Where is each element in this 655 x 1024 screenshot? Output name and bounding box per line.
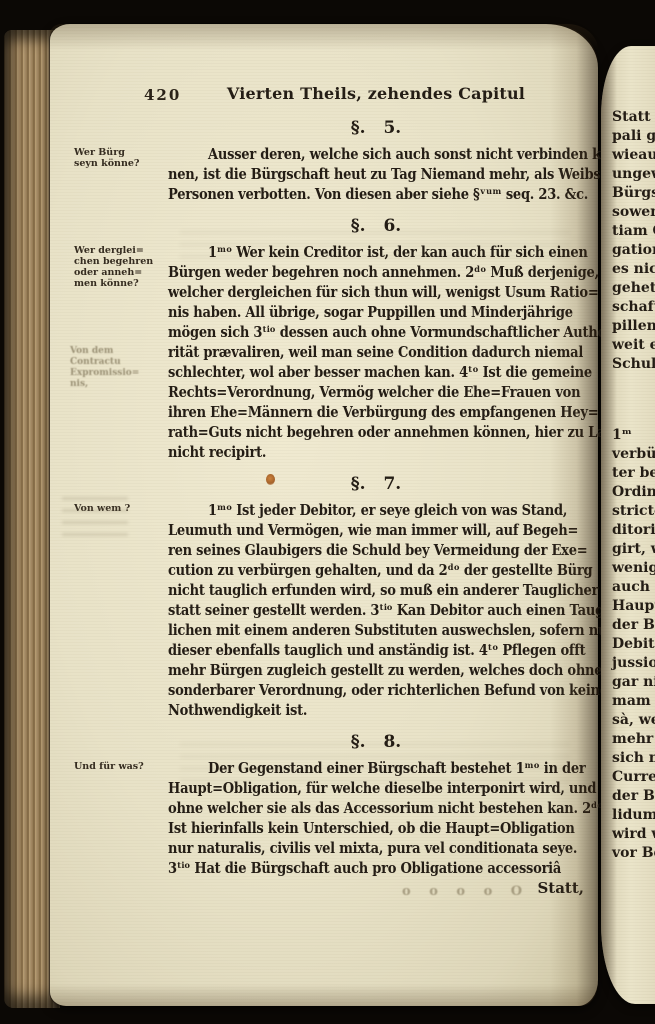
right-page-line-fragment: gatione bbox=[612, 241, 655, 260]
right-page-sliver: Statt ,pali gewieauchungewiBürgschsoweni… bbox=[601, 46, 655, 1004]
page-header: 420 Vierten Theils, zehendes Capitul bbox=[168, 84, 584, 106]
right-page-line-fragment: ungewi bbox=[612, 165, 655, 184]
page-number: 420 bbox=[144, 86, 181, 104]
margin-note: Wer derglei= chen begehren oder anneh= m… bbox=[74, 245, 162, 289]
right-page-line-fragment: es nich bbox=[612, 260, 655, 279]
running-header: Vierten Theils, zehendes Capitul bbox=[168, 84, 584, 103]
section-paragraph-6: Wer derglei= chen begehren oder anneh= m… bbox=[168, 242, 584, 462]
right-page-line-fragment: Ordinis bbox=[612, 483, 655, 502]
text-line: rath=Guts nicht begehren oder annehmen k… bbox=[168, 422, 530, 442]
section-heading-7: §. 7. bbox=[168, 474, 584, 494]
right-page-line-fragment: sich nur bbox=[612, 749, 655, 768]
text-line: Ist hierinfalls kein Unterschied, ob die… bbox=[168, 818, 530, 838]
text-line: schlechter, wol aber besser machen kan. … bbox=[168, 362, 530, 382]
text-line: Ausser deren, welche sich auch sonst nic… bbox=[168, 144, 530, 164]
right-page-line-fragment: tiam C bbox=[612, 222, 655, 241]
text-line: cution zu verbürgen gehalten, und da 2ᵈᵒ… bbox=[168, 560, 530, 580]
right-page-line-fragment: ditori f bbox=[612, 521, 655, 540]
right-page-line-fragment: Current bbox=[612, 768, 655, 787]
right-page-line-fragment: auch ins bbox=[612, 578, 655, 597]
text-line: rität prævaliren, weil man seine Conditi… bbox=[168, 342, 530, 362]
right-page-line-fragment: wieauch bbox=[612, 146, 655, 165]
right-page-line-fragment: Haupt= bbox=[612, 597, 655, 616]
left-page: 420 Vierten Theils, zehendes Capitul §. … bbox=[50, 24, 598, 1006]
section-paragraph-8: Und für was?Der Gegenstand einer Bürgsch… bbox=[168, 758, 584, 878]
margin-note: Und für was? bbox=[74, 761, 162, 772]
text-line: lichen mit einem anderen Substituten aus… bbox=[168, 620, 530, 640]
margin-note: Wer Bürg seyn könne? bbox=[74, 147, 162, 169]
text-line: Bürgen weder begehren noch annehmen. 2ᵈᵒ… bbox=[168, 262, 530, 282]
text-line: statt seiner gestellt werden. 3ᵗⁱᵒ Kan D… bbox=[168, 600, 530, 620]
section-paragraph-7: Von wem ?1ᵐᵒ Ist jeder Debitor, er seye … bbox=[168, 500, 584, 720]
right-page-line-fragment: ter besti bbox=[612, 464, 655, 483]
text-line: Rechts=Verordnung, Vermög welcher die Eh… bbox=[168, 382, 530, 402]
text-line: ihren Ehe=Männern die Verbürgung des emp… bbox=[168, 402, 530, 422]
text-line: 3ᵗⁱᵒ Hat die Bürgschaft auch pro Obligat… bbox=[168, 858, 530, 878]
right-page-line-fragment: der Bür bbox=[612, 616, 655, 635]
text-line: nicht tauglich erfunden wird, so muß ein… bbox=[168, 580, 530, 600]
showthrough-margin-blob bbox=[62, 492, 128, 536]
right-page-line-fragment: pali ge bbox=[612, 127, 655, 146]
right-page-line-fragment: der Bür bbox=[612, 787, 655, 806]
right-page-text-fragments: Statt ,pali gewieauchungewiBürgschsoweni… bbox=[612, 108, 655, 863]
text-line: ohne welcher sie als das Accessorium nic… bbox=[168, 798, 530, 818]
page-bottom-shadow bbox=[50, 984, 598, 1006]
ink-stain bbox=[266, 474, 275, 485]
page-top-shadow bbox=[50, 24, 598, 50]
section-heading-6: §. 6. bbox=[168, 216, 584, 236]
right-page-line-fragment: lidum, bbox=[612, 806, 655, 825]
text-line: Personen verbotten. Von diesen aber sieh… bbox=[168, 184, 530, 204]
text-line: nis haben. All übrige, sogar Puppillen u… bbox=[168, 302, 530, 322]
text-line: 1ᵐᵒ Wer kein Creditor ist, der kan auch … bbox=[168, 242, 530, 262]
right-page-line-fragment: gehet. bbox=[612, 279, 655, 298]
text-line: Haupt=Obligation, für welche dieselbe in… bbox=[168, 778, 530, 798]
right-page-line-fragment: jussione bbox=[612, 654, 655, 673]
showthrough-margin-note: Von dem Contractu Expromissio= nis, bbox=[70, 346, 150, 390]
text-line: nen, ist die Bürgschaft heut zu Tag Niem… bbox=[168, 164, 530, 184]
right-page-line-fragment: schaftlic bbox=[612, 298, 655, 317]
right-page-line-fragment: sà, wen bbox=[612, 711, 655, 730]
section-heading-8: §. 8. bbox=[168, 732, 584, 752]
right-page-block-gap bbox=[612, 374, 655, 426]
text-line: Nothwendigkeit ist. bbox=[168, 700, 530, 720]
right-page-line-fragment: mehr als bbox=[612, 730, 655, 749]
right-page-line-fragment: Statt , bbox=[612, 108, 655, 127]
right-page-line-fragment: sowenig bbox=[612, 203, 655, 222]
right-page-line-fragment: vor Bez bbox=[612, 844, 655, 863]
right-page-line-fragment: gar nich bbox=[612, 673, 655, 692]
right-page-line-fragment: Schuld bbox=[612, 355, 655, 374]
right-page-line-fragment: wird we bbox=[612, 825, 655, 844]
text-line: nur naturalis, civilis vel mixta, pura v… bbox=[168, 838, 530, 858]
right-page-line-fragment: girt, w bbox=[612, 540, 655, 559]
text-line: Der Gegenstand einer Bürgschaft bestehet… bbox=[168, 758, 530, 778]
right-page-line-fragment: wenigst bbox=[612, 559, 655, 578]
text-line: ren seines Glaubigers die Schuld bey Ver… bbox=[168, 540, 530, 560]
text-line: welcher dergleichen für sich thun will, … bbox=[168, 282, 530, 302]
text-line: mögen sich 3ᵗⁱᵒ dessen auch ohne Vormund… bbox=[168, 322, 530, 342]
right-page-line-fragment: strictè in bbox=[612, 502, 655, 521]
text-line: nicht recipirt. bbox=[168, 442, 530, 462]
text-line: Leumuth und Vermögen, wie man immer will… bbox=[168, 520, 530, 540]
right-page-line-fragment: Bürgsch bbox=[612, 184, 655, 203]
book-scan: 420 Vierten Theils, zehendes Capitul §. … bbox=[0, 0, 655, 1024]
section-heading-5: §. 5. bbox=[168, 118, 584, 138]
text-column: 420 Vierten Theils, zehendes Capitul §. … bbox=[168, 84, 584, 898]
right-page-line-fragment: Debitor bbox=[612, 635, 655, 654]
right-page-line-fragment: mam c bbox=[612, 692, 655, 711]
right-page-line-fragment: pillens bbox=[612, 317, 655, 336]
right-page-line-fragment: weit ein bbox=[612, 336, 655, 355]
text-line: mehr Bürgen zugleich gestellt zu werden,… bbox=[168, 660, 530, 680]
right-page-line-fragment: verbürg bbox=[612, 445, 655, 464]
showthrough-signature-mark: o o o o O bbox=[402, 884, 529, 899]
section-paragraph-5: Wer Bürg seyn könne?Ausser deren, welche… bbox=[168, 144, 584, 204]
text-line: sonderbarer Verordnung, oder richterlich… bbox=[168, 680, 530, 700]
sections-container: §. 5.Wer Bürg seyn könne?Ausser deren, w… bbox=[168, 118, 584, 878]
text-line: 1ᵐᵒ Ist jeder Debitor, er seye gleich vo… bbox=[168, 500, 530, 520]
text-line: dieser ebenfalls tauglich und anständig … bbox=[168, 640, 530, 660]
right-page-line-fragment: 1ᵐ bbox=[612, 426, 655, 445]
